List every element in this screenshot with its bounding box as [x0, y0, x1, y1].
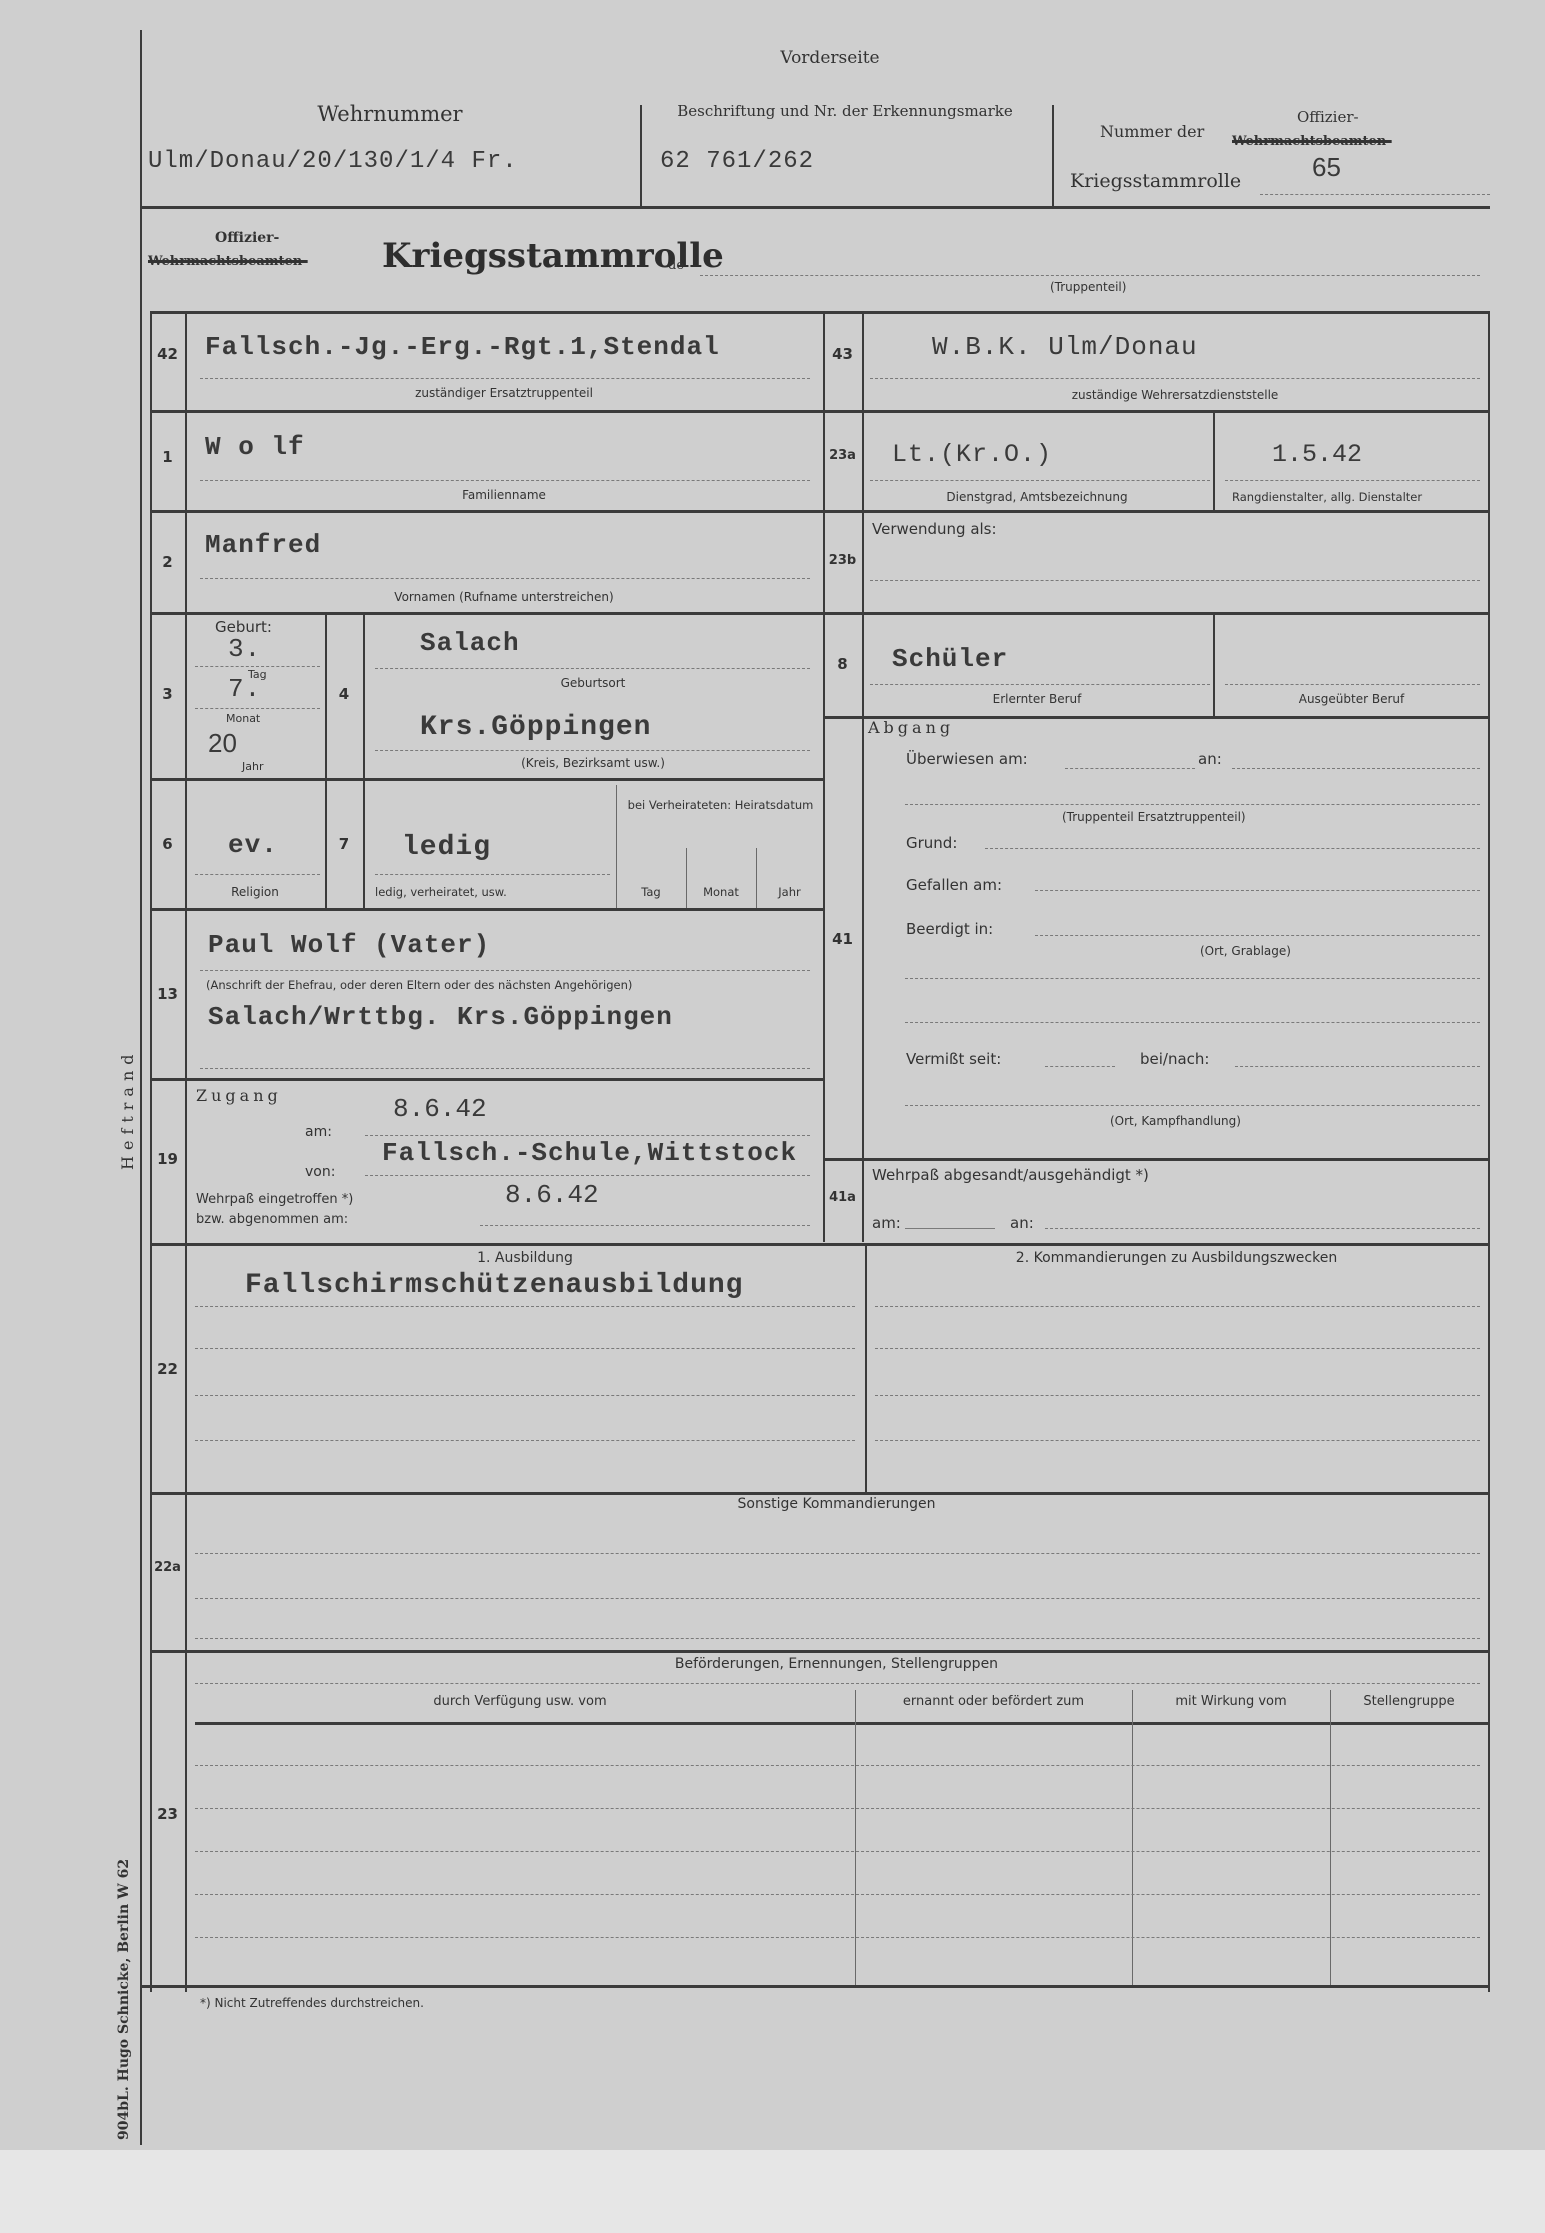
field-3-year: 20 — [208, 728, 237, 759]
field-13-line-2 — [200, 1068, 810, 1069]
field-19-von-value: Fallsch.-Schule,Wittstock — [382, 1138, 797, 1168]
field-23b-label: Verwendung als: — [872, 520, 997, 538]
field-6-value: ev. — [228, 830, 278, 860]
kommand-line-3 — [875, 1395, 1480, 1396]
field-3-year-label: Jahr — [242, 760, 263, 773]
truppenteil-line — [700, 275, 1480, 276]
ausbildung-line-4 — [195, 1440, 855, 1441]
field-41-grund-line — [985, 848, 1480, 849]
title-suffix: de — [668, 258, 684, 273]
field-23a-date-line — [1225, 480, 1480, 481]
field-2-value: Manfred — [205, 530, 321, 560]
field-42-label: zuständiger Ersatztruppenteil — [185, 386, 823, 400]
field-3-month-label: Monat — [226, 712, 260, 725]
field-41-ueberwiesen: Überwiesen am: — [906, 750, 1028, 768]
field-19-am-label: am: — [305, 1124, 332, 1140]
field-8-number: 8 — [823, 655, 862, 673]
field-19-title: Zugang — [196, 1086, 282, 1105]
row-rule — [150, 1243, 1490, 1246]
field-13-label: (Anschrift der Ehefrau, oder deren Elter… — [206, 978, 632, 992]
field-41a-am-line — [905, 1228, 995, 1229]
field-41a-an: an: — [1010, 1214, 1034, 1232]
field-1-line — [200, 480, 810, 481]
field-23-title: Beförderungen, Ernennungen, Stellengrupp… — [185, 1656, 1488, 1672]
field-19-am-value: 8.6.42 — [393, 1094, 487, 1124]
row-rule — [150, 612, 1490, 615]
row-rule — [150, 1650, 1490, 1653]
page-side-label: Vorderseite — [730, 48, 930, 68]
field-4-number: 4 — [325, 685, 363, 703]
field-41-kampf-line — [905, 1105, 1480, 1106]
field-7-number: 7 — [325, 835, 363, 853]
field-2-label: Vornamen (Rufname unterstreichen) — [185, 590, 823, 604]
field-41-vermisst: Vermißt seit: — [906, 1050, 1001, 1068]
field-2-line — [200, 578, 810, 579]
field-41a-an-line — [1045, 1228, 1480, 1229]
field-41-beerdigt: Beerdigt in: — [906, 920, 993, 938]
kommand-sonstige-line-1 — [195, 1553, 1480, 1554]
table-column-divider — [1132, 1690, 1133, 1985]
field-4-place: Salach — [420, 628, 520, 658]
field-41-grablage-line-1 — [905, 978, 1480, 979]
field-41-gefallen: Gefallen am: — [906, 876, 1002, 894]
field-41-title: Abgang — [868, 718, 954, 737]
field-4-place-label: Geburtsort — [363, 676, 823, 690]
field-41-bei-nach-line — [1235, 1066, 1480, 1067]
table-bottom-rule — [140, 1985, 1490, 1988]
field-6-line — [195, 874, 320, 875]
field-22-kommand-label: 2. Kommandierungen zu Ausbildungszwecken — [865, 1250, 1488, 1266]
table-row — [195, 1808, 1480, 1809]
field-41a-label: Wehrpaß abgesandt/ausgehändigt *) — [872, 1166, 1149, 1184]
nummer-value: 65 — [1312, 152, 1341, 183]
field-41-an: an: — [1198, 750, 1222, 768]
field-19-wehrpass-value: 8.6.42 — [505, 1180, 599, 1210]
field-13-line-1 — [200, 970, 810, 971]
field-43-line — [870, 378, 1480, 379]
footnote: *) Nicht Zutreffendes durchstreichen. — [200, 1996, 424, 2010]
nummer-officer-label: Offizier- — [1297, 108, 1359, 126]
field-19-von-line — [365, 1175, 810, 1176]
field-23a-date-value: 1.5.42 — [1272, 440, 1362, 469]
field-3-day: 3. — [228, 634, 261, 664]
row-rule — [150, 778, 823, 781]
title-struck: Wehrmachtsbeamten- — [148, 254, 308, 269]
field-41-grund: Grund: — [906, 834, 957, 852]
field-1-value: W o lf — [205, 432, 305, 462]
field-8-practiced-line — [1225, 684, 1480, 685]
table-column-divider — [1330, 1690, 1331, 1985]
field-43-label: zuständige Wehrersatzdienststelle — [862, 388, 1488, 402]
field-41-ueberwiesen-line — [1065, 768, 1195, 769]
kommand-sonstige-line-3 — [195, 1638, 1480, 1639]
ausbildung-line-2 — [195, 1348, 855, 1349]
field-19-von-label: von: — [305, 1164, 335, 1180]
title-bottom-rule — [150, 311, 1490, 314]
married-jahr-label: Jahr — [756, 885, 823, 899]
margin-label: Heftrand — [118, 1048, 137, 1170]
field-22a-label: Sonstige Kommandierungen — [185, 1496, 1488, 1512]
married-tag-divider — [686, 848, 687, 908]
field-4-district: Krs.Göppingen — [420, 712, 651, 743]
header-divider-2 — [1052, 105, 1054, 207]
field-22-number: 22 — [150, 1360, 185, 1378]
field-42-line — [200, 378, 810, 379]
field-22-divider — [865, 1244, 867, 1494]
field-19-wehrpass-line — [480, 1225, 810, 1226]
field-8-practiced-label: Ausgeübter Beruf — [1215, 692, 1488, 706]
field-4-district-label: (Kreis, Bezirksamt usw.) — [363, 756, 823, 770]
erkennungsmarke-label: Beschriftung und Nr. der Erkennungsmarke — [640, 102, 1050, 120]
field-23-title-line — [195, 1683, 1480, 1684]
field-23a-line — [870, 480, 1210, 481]
field-23a-date-label: Rangdienstalter, allg. Dienstalter — [1232, 490, 1422, 504]
kommand-line-4 — [875, 1440, 1480, 1441]
field-23a-number: 23a — [823, 448, 862, 463]
field-43-value: W.B.K. Ulm/Donau — [932, 332, 1198, 362]
field-22a-number: 22a — [150, 1560, 185, 1575]
wehrnummer-value: Ulm/Donau/20/130/1/4 Fr. — [148, 148, 518, 175]
field-41-an-line — [1232, 768, 1480, 769]
field-19-number: 19 — [150, 1150, 185, 1168]
nummer-label-prefix: Nummer der — [1100, 122, 1204, 141]
field-1-number: 1 — [150, 448, 185, 466]
table-row — [195, 1937, 1480, 1938]
married-tag-label: Tag — [616, 885, 686, 899]
field-2-number: 2 — [150, 553, 185, 571]
header-divider-1 — [640, 105, 642, 207]
table-column-header: durch Verfügung usw. vom — [185, 1694, 855, 1709]
grid-right — [1488, 312, 1490, 1992]
table-column-divider — [855, 1690, 856, 1985]
field-42-number: 42 — [150, 345, 185, 363]
nummer-dotline — [1260, 194, 1490, 195]
row-rule — [150, 1078, 823, 1081]
row-rule — [150, 1492, 1490, 1495]
left-margin-line — [140, 30, 142, 2145]
field-4-divider — [363, 613, 365, 778]
field-1-label: Familienname — [185, 488, 823, 502]
row-rule — [150, 410, 1490, 413]
field-19-wehrpass-label-1: Wehrpaß eingetroffen *) — [196, 1192, 353, 1207]
field-41-number: 41 — [823, 930, 862, 948]
field-7-divider — [363, 779, 365, 909]
ausbildung-line-1 — [195, 1306, 855, 1307]
scan-margin — [0, 2150, 1545, 2233]
field-41a-am: am: — [872, 1214, 901, 1232]
table-row — [195, 1894, 1480, 1895]
right-number-divider — [862, 312, 864, 1242]
field-3-number: 3 — [150, 685, 185, 703]
title-officer: Offizier- — [215, 230, 279, 246]
table-column-header: Stellengruppe — [1330, 1694, 1488, 1709]
field-8-label: Erlernter Beruf — [862, 692, 1212, 706]
field-41-vermisst-line — [1045, 1066, 1115, 1067]
field-23a-label: Dienstgrad, Amtsbezeichnung — [862, 490, 1212, 504]
field-3-day-line — [195, 666, 320, 667]
field-6-label: Religion — [185, 885, 325, 899]
field-41-ort-kampf: (Ort, Kampfhandlung) — [1110, 1114, 1241, 1128]
field-23a-value: Lt.(Kr.O.) — [892, 440, 1052, 469]
field-22-ausbildung-label: 1. Ausbildung — [185, 1250, 865, 1266]
nummer-struck-label: Wehrmachtsbeamten- — [1232, 134, 1392, 149]
row-rule — [150, 510, 1490, 513]
row-rule — [150, 908, 823, 911]
field-42-value: Fallsch.-Jg.-Erg.-Rgt.1,Stendal — [205, 332, 720, 362]
field-23b-number: 23b — [823, 553, 862, 568]
table-column-header: mit Wirkung vom — [1132, 1694, 1330, 1709]
number-column-divider — [185, 312, 187, 1992]
field-41-gefallen-line — [1035, 890, 1480, 891]
married-monat-divider — [756, 848, 757, 908]
header-bottom-rule — [140, 206, 1490, 209]
married-monat-label: Monat — [686, 885, 756, 899]
field-41-beerdigt-line — [1035, 935, 1480, 936]
truppenteil-label: (Truppenteil) — [1050, 280, 1126, 294]
field-4-place-line — [375, 668, 810, 669]
field-41-bei-nach: bei/nach: — [1140, 1050, 1209, 1068]
field-19-wehrpass-label-2: bzw. abgenommen am: — [196, 1212, 348, 1227]
field-43-number: 43 — [823, 345, 862, 363]
nummer-label-suffix: Kriegsstammrolle — [1070, 170, 1241, 192]
kommand-line-2 — [875, 1348, 1480, 1349]
field-41-truppenteil-line — [905, 804, 1480, 805]
table-header-rule — [195, 1722, 1488, 1725]
field-22-ausbildung-value: Fallschirmschützenausbildung — [245, 1270, 743, 1301]
field-41-grablage-line-2 — [905, 1022, 1480, 1023]
field-7-line — [375, 874, 610, 875]
field-23-number: 23 — [150, 1805, 185, 1823]
ausbildung-line-3 — [195, 1395, 855, 1396]
field-7-label: ledig, verheiratet, usw. — [375, 885, 507, 899]
field-13-value-1: Paul Wolf (Vater) — [208, 930, 490, 960]
field-3-month: 7. — [228, 674, 261, 704]
field-8-line — [870, 684, 1210, 685]
printer-imprint: 904bL. Hugo Schnicke, Berlin W 62 — [116, 1859, 132, 2140]
field-41a-number: 41a — [823, 1190, 862, 1205]
field-23b-line — [870, 580, 1480, 581]
field-3-divider — [325, 613, 327, 908]
kommand-sonstige-line-2 — [195, 1598, 1480, 1599]
wehrnummer-label: Wehrnummer — [150, 102, 630, 126]
table-row — [195, 1851, 1480, 1852]
document-sheet: Heftrand 904bL. Hugo Schnicke, Berlin W … — [0, 0, 1545, 2150]
table-column-header: ernannt oder befördert zum — [855, 1694, 1132, 1709]
field-19-am-line — [365, 1135, 810, 1136]
field-6-number: 6 — [150, 835, 185, 853]
kommand-line-1 — [875, 1306, 1480, 1307]
field-23a-divider — [1213, 411, 1215, 511]
row-rule — [823, 1158, 1488, 1161]
field-13-number: 13 — [150, 985, 185, 1003]
married-label: bei Verheirateten: Heiratsdatum — [618, 796, 823, 815]
erkennungsmarke-value: 62 761/262 — [660, 148, 814, 175]
field-3-month-line — [195, 708, 320, 709]
table-row — [195, 1765, 1480, 1766]
field-41-ort-grablage: (Ort, Grablage) — [1200, 944, 1291, 958]
field-4-district-line — [375, 750, 810, 751]
field-13-value-2: Salach/Wrttbg. Krs.Göppingen — [208, 1002, 673, 1032]
field-8-value: Schüler — [892, 644, 1008, 674]
field-41-truppenteil: (Truppenteil Ersatztruppenteil) — [1062, 810, 1246, 824]
field-7-value: ledig — [402, 832, 491, 863]
